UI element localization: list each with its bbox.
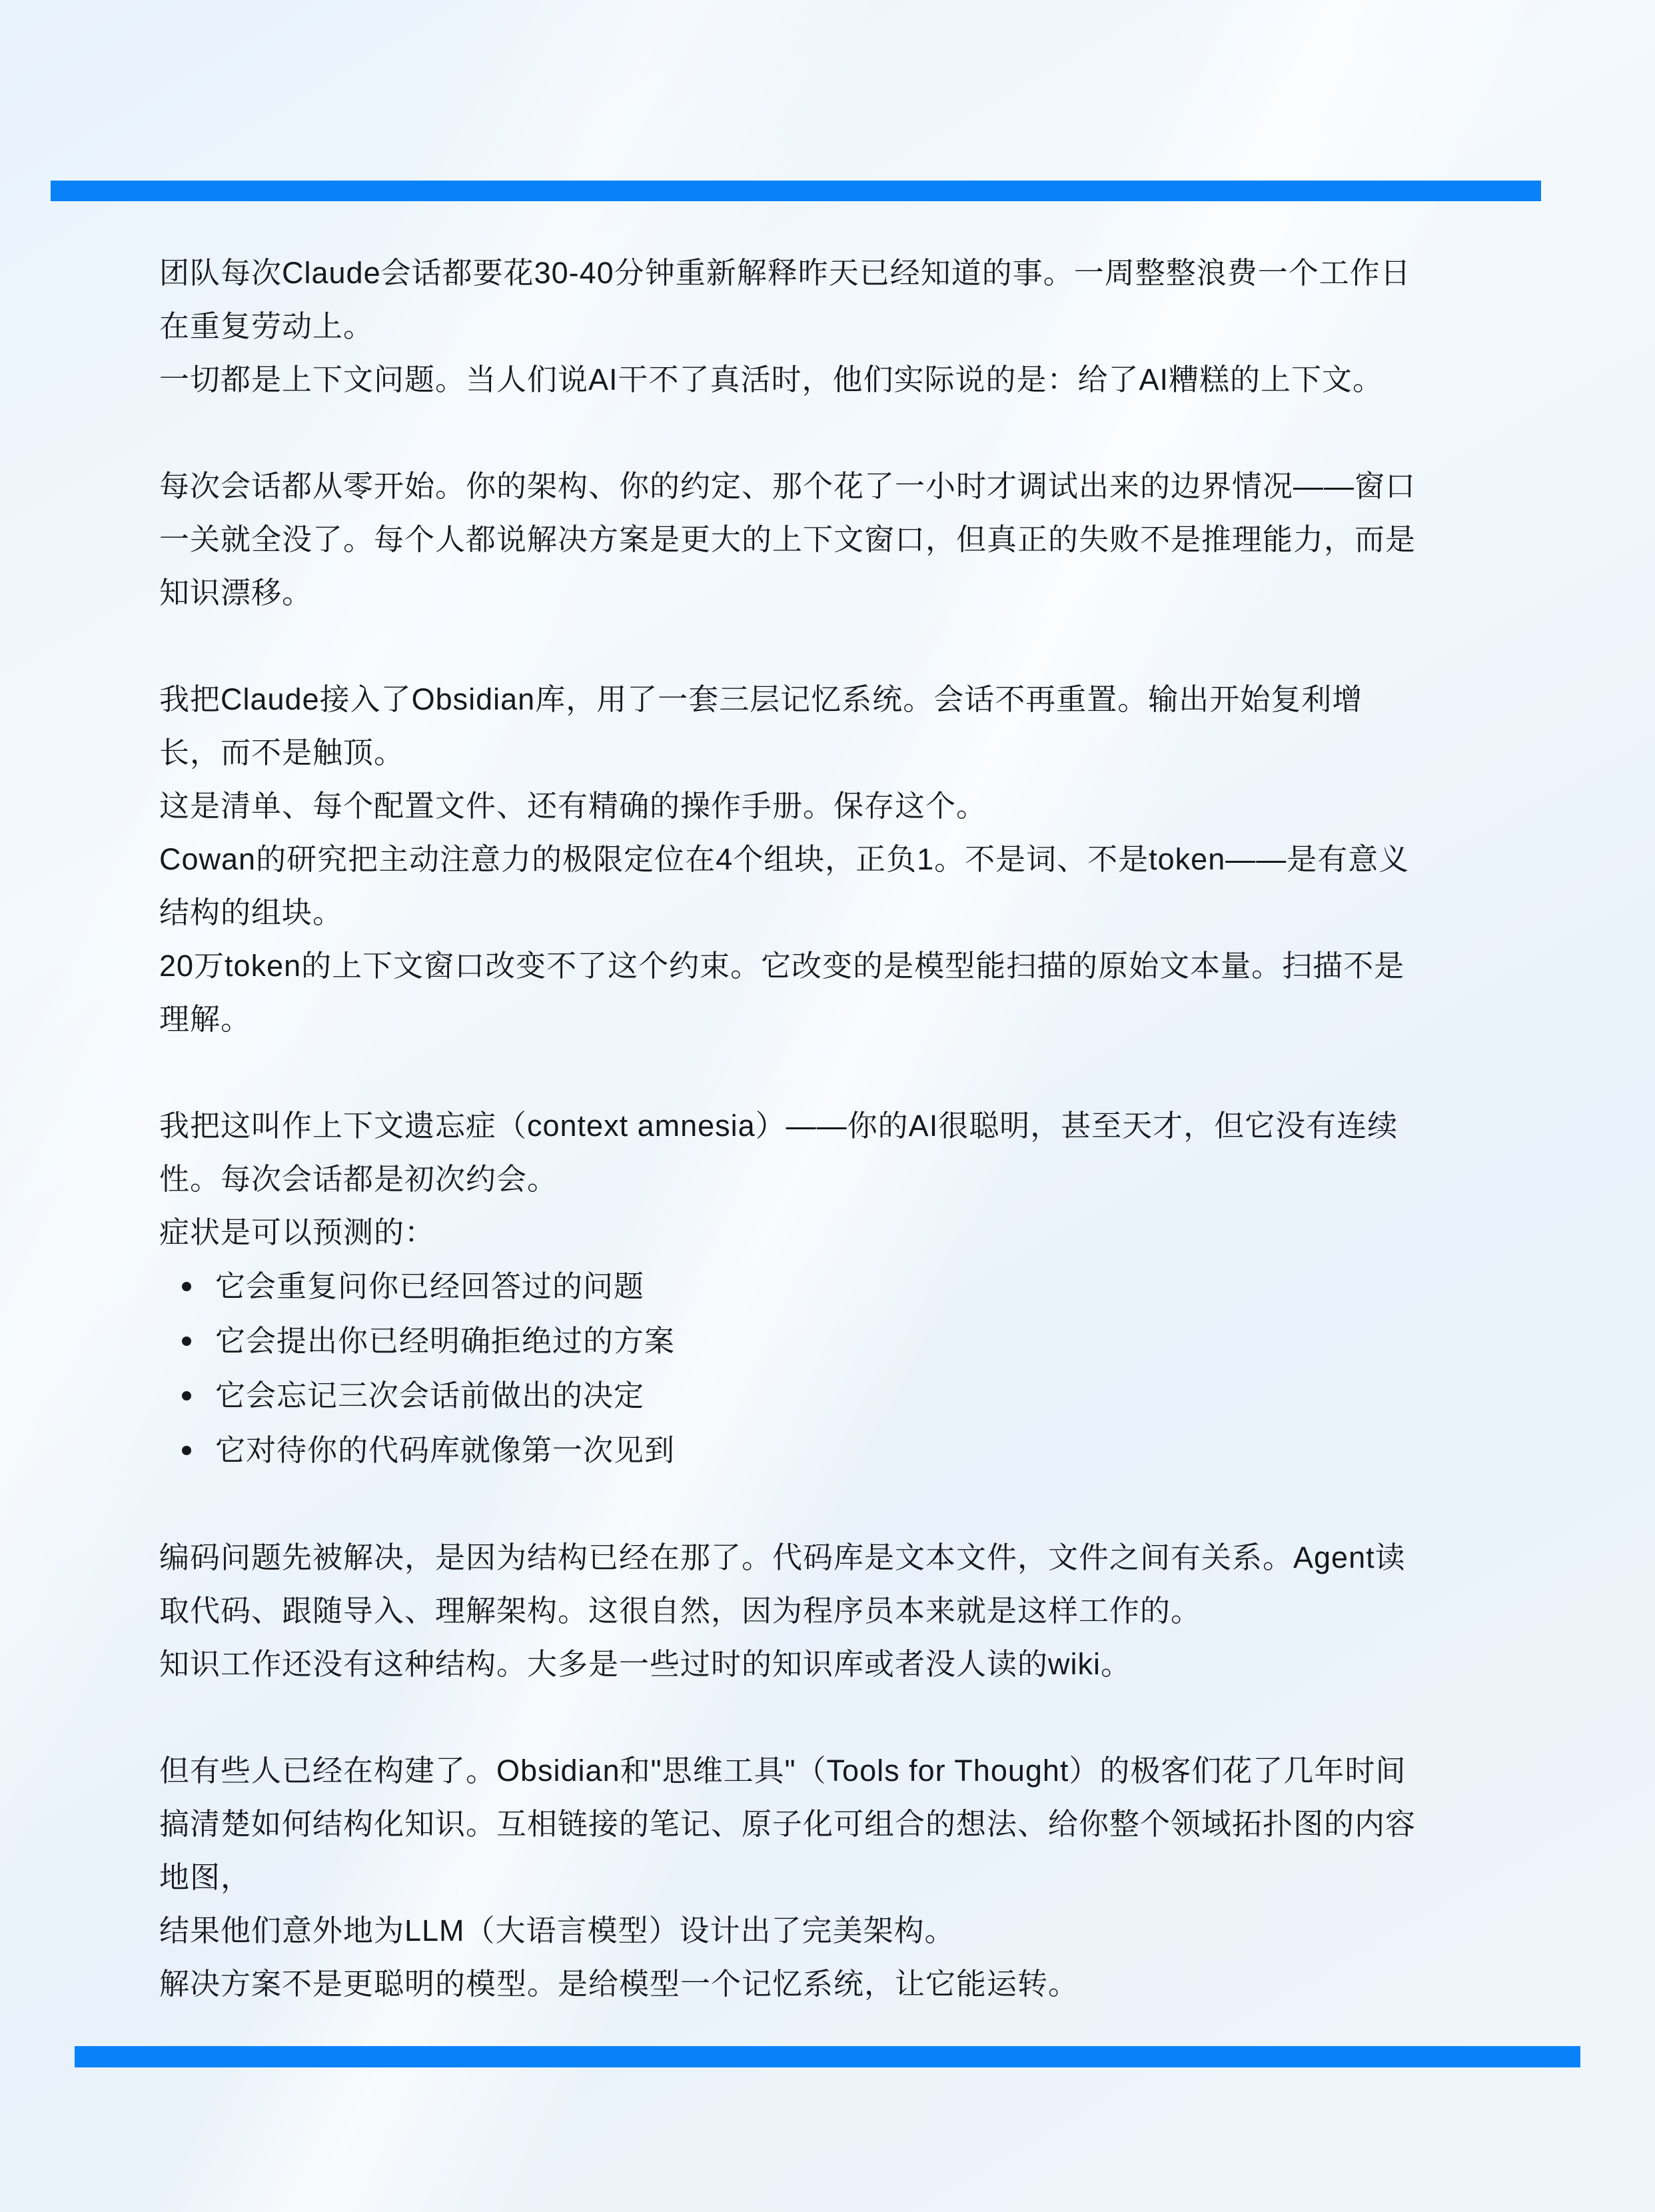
text-line: 我把这叫作上下文遗忘症（context amnesia）——你的AI很聪明，甚至… (159, 1099, 1545, 1153)
bullet-text: 它对待你的代码库就像第一次见到 (215, 1433, 675, 1467)
paragraph-spacer (159, 1046, 1545, 1099)
text-line: 结果他们意外地为LLM（大语言模型）设计出了完美架构。 (159, 1904, 1545, 1957)
text-line: 编码问题先被解决，是因为结构已经在那了。代码库是文本文件，文件之间有关系。Age… (159, 1531, 1545, 1584)
paragraph-block-coding-solved: 编码问题先被解决，是因为结构已经在那了。代码库是文本文件，文件之间有关系。Age… (159, 1531, 1545, 1691)
bullet-text: 它会重复问你已经回答过的问题 (215, 1269, 644, 1303)
bullet-icon (182, 1337, 191, 1346)
text-line: 结构的组块。 (159, 886, 1545, 939)
paragraph-spacer (159, 406, 1545, 460)
text-line: 20万token的上下文窗口改变不了这个约束。它改变的是模型能扫描的原始文本量。… (159, 939, 1545, 993)
text-line: Cowan的研究把主动注意力的极限定位在4个组块，正负1。不是词、不是token… (159, 833, 1545, 886)
bullet-text: 它会提出你已经明确拒绝过的方案 (215, 1324, 675, 1358)
list-item: 它会忘记三次会话前做出的决定 (159, 1369, 1545, 1423)
bullet-text: 它会忘记三次会话前做出的决定 (215, 1379, 644, 1412)
text-line: 取代码、跟随导入、理解架构。这很自然，因为程序员本来就是这样工作的。 (159, 1584, 1545, 1638)
article-body: 团队每次Claude会话都要花30-40分钟重新解释昨天已经知道的事。一周整整浪… (159, 247, 1545, 2011)
bullet-icon (182, 1282, 191, 1291)
text-line: 一切都是上下文问题。当人们说AI干不了真活时，他们实际说的是：给了AI糟糕的上下… (159, 353, 1545, 406)
symptoms-list: 它会重复问你已经回答过的问题 它会提出你已经明确拒绝过的方案 它会忘记三次会话前… (159, 1259, 1545, 1478)
paragraph-block-memory-system: 我把Claude接入了Obsidian库，用了一套三层记忆系统。会话不再重置。输… (159, 673, 1545, 1046)
text-line: 一关就全没了。每个人都说解决方案是更大的上下文窗口，但真正的失败不是推理能力，而… (159, 513, 1545, 566)
text-line: 性。每次会话都是初次约会。 (159, 1153, 1545, 1206)
text-line: 长，而不是触顶。 (159, 726, 1545, 780)
bullet-icon (182, 1446, 191, 1455)
text-line: 我把Claude接入了Obsidian库，用了一套三层记忆系统。会话不再重置。输… (159, 673, 1545, 726)
text-line: 知识漂移。 (159, 566, 1545, 620)
text-line: 这是清单、每个配置文件、还有精确的操作手册。保存这个。 (159, 780, 1545, 833)
bullet-icon (182, 1391, 191, 1400)
paragraph-block-intro: 团队每次Claude会话都要花30-40分钟重新解释昨天已经知道的事。一周整整浪… (159, 247, 1545, 406)
list-item: 它会提出你已经明确拒绝过的方案 (159, 1314, 1545, 1369)
text-line: 知识工作还没有这种结构。大多是一些过时的知识库或者没人读的wiki。 (159, 1638, 1545, 1691)
text-line: 地图， (159, 1851, 1545, 1904)
text-line: 解决方案不是更聪明的模型。是给模型一个记忆系统，让它能运转。 (159, 1957, 1545, 2011)
paragraph-spacer (159, 1478, 1545, 1531)
list-item: 它会重复问你已经回答过的问题 (159, 1259, 1545, 1314)
bottom-divider-bar (75, 2046, 1580, 2067)
text-line: 症状是可以预测的： (159, 1206, 1545, 1259)
paragraph-block-tools-for-thought: 但有些人已经在构建了。Obsidian和"思维工具"（Tools for Tho… (159, 1744, 1545, 2011)
text-line: 每次会话都从零开始。你的架构、你的约定、那个花了一小时才调试出来的边界情况——窗… (159, 460, 1545, 513)
text-line: 理解。 (159, 993, 1545, 1046)
list-item: 它对待你的代码库就像第一次见到 (159, 1423, 1545, 1478)
text-line: 但有些人已经在构建了。Obsidian和"思维工具"（Tools for Tho… (159, 1744, 1545, 1798)
paragraph-block-session-reset: 每次会话都从零开始。你的架构、你的约定、那个花了一小时才调试出来的边界情况——窗… (159, 460, 1545, 620)
paragraph-spacer (159, 620, 1545, 673)
text-line: 团队每次Claude会话都要花30-40分钟重新解释昨天已经知道的事。一周整整浪… (159, 247, 1545, 300)
text-line: 在重复劳动上。 (159, 300, 1545, 353)
text-line: 搞清楚如何结构化知识。互相链接的笔记、原子化可组合的想法、给你整个领域拓扑图的内… (159, 1798, 1545, 1851)
top-divider-bar (51, 181, 1541, 201)
paragraph-block-context-amnesia: 我把这叫作上下文遗忘症（context amnesia）——你的AI很聪明，甚至… (159, 1099, 1545, 1259)
paragraph-spacer (159, 1691, 1545, 1744)
